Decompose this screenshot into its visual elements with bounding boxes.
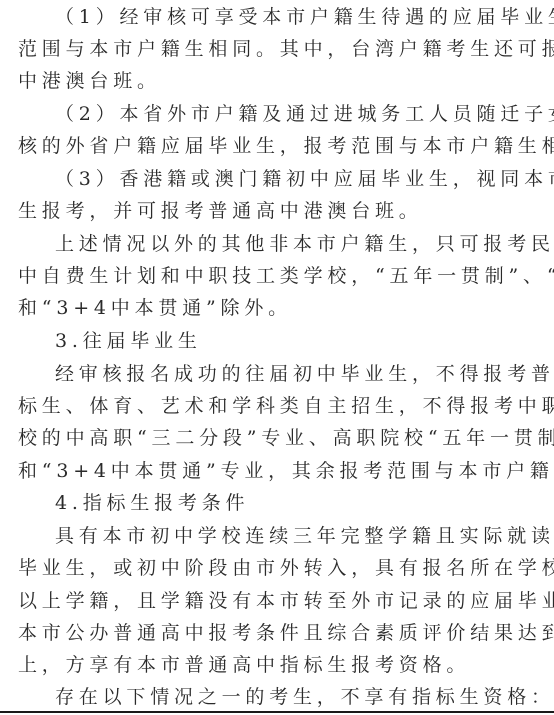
paragraph-5-line-2: 标生、体育、艺术和学科类自主招生，不得报考中职技工类学 [18,389,554,423]
paragraph-4-line-2: 中自费生计划和中职技工类学校，“五年一贯制”、“三二分段” [18,259,554,293]
paragraph-4-line-1: 上述情况以外的其他非本市户籍生，只可报考民办普通高 [55,227,554,261]
paragraph-1-line-3: 中港澳台班。 [18,64,161,98]
bottom-divider [0,711,554,713]
paragraph-4-line-3: 和“3+4中本贯通”除外。 [18,291,292,325]
paragraph-5-line-3: 校的中高职“三二分段”专业、高职院校“五年一贯制”招生 [18,421,554,455]
paragraph-6-line-4: 本市公办普通高中报考条件且综合素质评价结果达到B等级以 [18,616,554,650]
paragraph-5-line-4: 和“3+4中本贯通”专业，其余报考范围与本市户籍生相同。 [18,454,554,488]
paragraph-1-line-1: （1）经审核可享受本市户籍生待遇的应届毕业生，报考 [55,0,554,34]
paragraph-3-line-2: 生报考，并可报考普通高中港澳台班。 [18,194,423,228]
paragraph-1-line-2: 范围与本市户籍生相同。其中，台湾户籍考生还可报考普通高 [18,32,554,66]
paragraph-2-line-1: （2）本省外市户籍及通过进城务工人员随迁子女资格审 [55,97,554,131]
paragraph-3-line-1: （3）香港籍或澳门籍初中应届毕业生，视同本市户籍考 [55,162,554,196]
paragraph-5-line-1: 经审核报名成功的往届初中毕业生，不得报考普通高中指 [55,357,554,391]
section-heading-4: 4.指标生报考条件 [55,486,249,520]
paragraph-6-line-5: 上，方享有本市普通高中指标生报考资格。 [18,648,470,682]
paragraph-7-line-1: 存在以下情况之一的考生，不享有指标生资格： [55,680,554,714]
paragraph-6-line-2: 毕业生，或初中阶段由市外转入，具有报名所在学校连续一年 [18,551,554,585]
paragraph-6-line-1: 具有本市初中学校连续三年完整学籍且实际就读的应届 [55,519,554,553]
section-heading-3: 3.往届毕业生 [55,324,202,358]
paragraph-2-line-2: 核的外省户籍应届毕业生，报考范围与本市户籍生相同。 [18,129,554,163]
paragraph-6-line-3: 以上学籍，且学籍没有本市转至外市记录的应届毕业生，符合 [18,584,554,618]
